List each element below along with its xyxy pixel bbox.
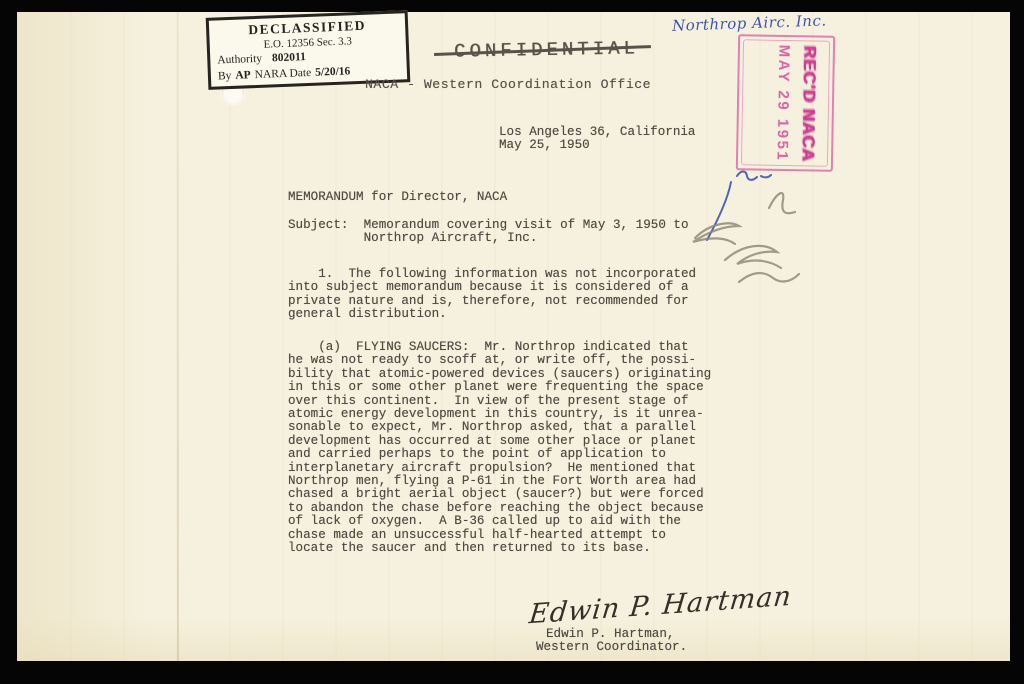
received-date-stamp: REC'D NACA MAY 29 1951 (736, 34, 835, 172)
confidential-marking: CONFIDENTIAL (454, 37, 639, 62)
confidential-text: CONFIDENTIAL (454, 37, 639, 62)
paragraph-1: 1. The following information was not inc… (288, 268, 696, 322)
handwritten-note: Northrop Airc. Inc. (672, 9, 892, 35)
dateline: Los Angeles 36, California May 25, 1950 (499, 126, 696, 153)
office-line: NACA - Western Coordination Office (365, 78, 651, 91)
paper-crease (177, 12, 179, 661)
nara-label: NARA Date (254, 67, 311, 81)
received-stamp-date: MAY 29 1951 (773, 37, 792, 169)
by-label: By (218, 70, 232, 83)
scan-background: DECLASSIFIED E.O. 12356 Sec. 3.3 Authori… (0, 0, 1024, 684)
pencil-initials (693, 193, 799, 282)
subject-line: Subject: Memorandum covering visit of Ma… (288, 219, 689, 246)
routing-initials-scribbles (681, 160, 831, 288)
nara-value: 5/20/16 (315, 65, 351, 78)
signature-script: Edwin P. Hartman (528, 581, 794, 631)
authority-label: Authority (217, 53, 262, 67)
signature-typed-title: Western Coordinator. (536, 641, 687, 654)
received-stamp-agency: REC'D NACA (797, 37, 819, 169)
received-date-stamp-text: REC'D NACA MAY 29 1951 (738, 36, 833, 170)
document-page: DECLASSIFIED E.O. 12356 Sec. 3.3 Authori… (17, 12, 1010, 661)
memo-to-line: MEMORANDUM for Director, NACA (288, 191, 507, 204)
authority-value: 802011 (272, 51, 306, 64)
paragraph-a-flying-saucers: (a) FLYING SAUCERS: Mr. Northrop indicat… (288, 341, 711, 556)
by-value: AP (235, 69, 251, 82)
